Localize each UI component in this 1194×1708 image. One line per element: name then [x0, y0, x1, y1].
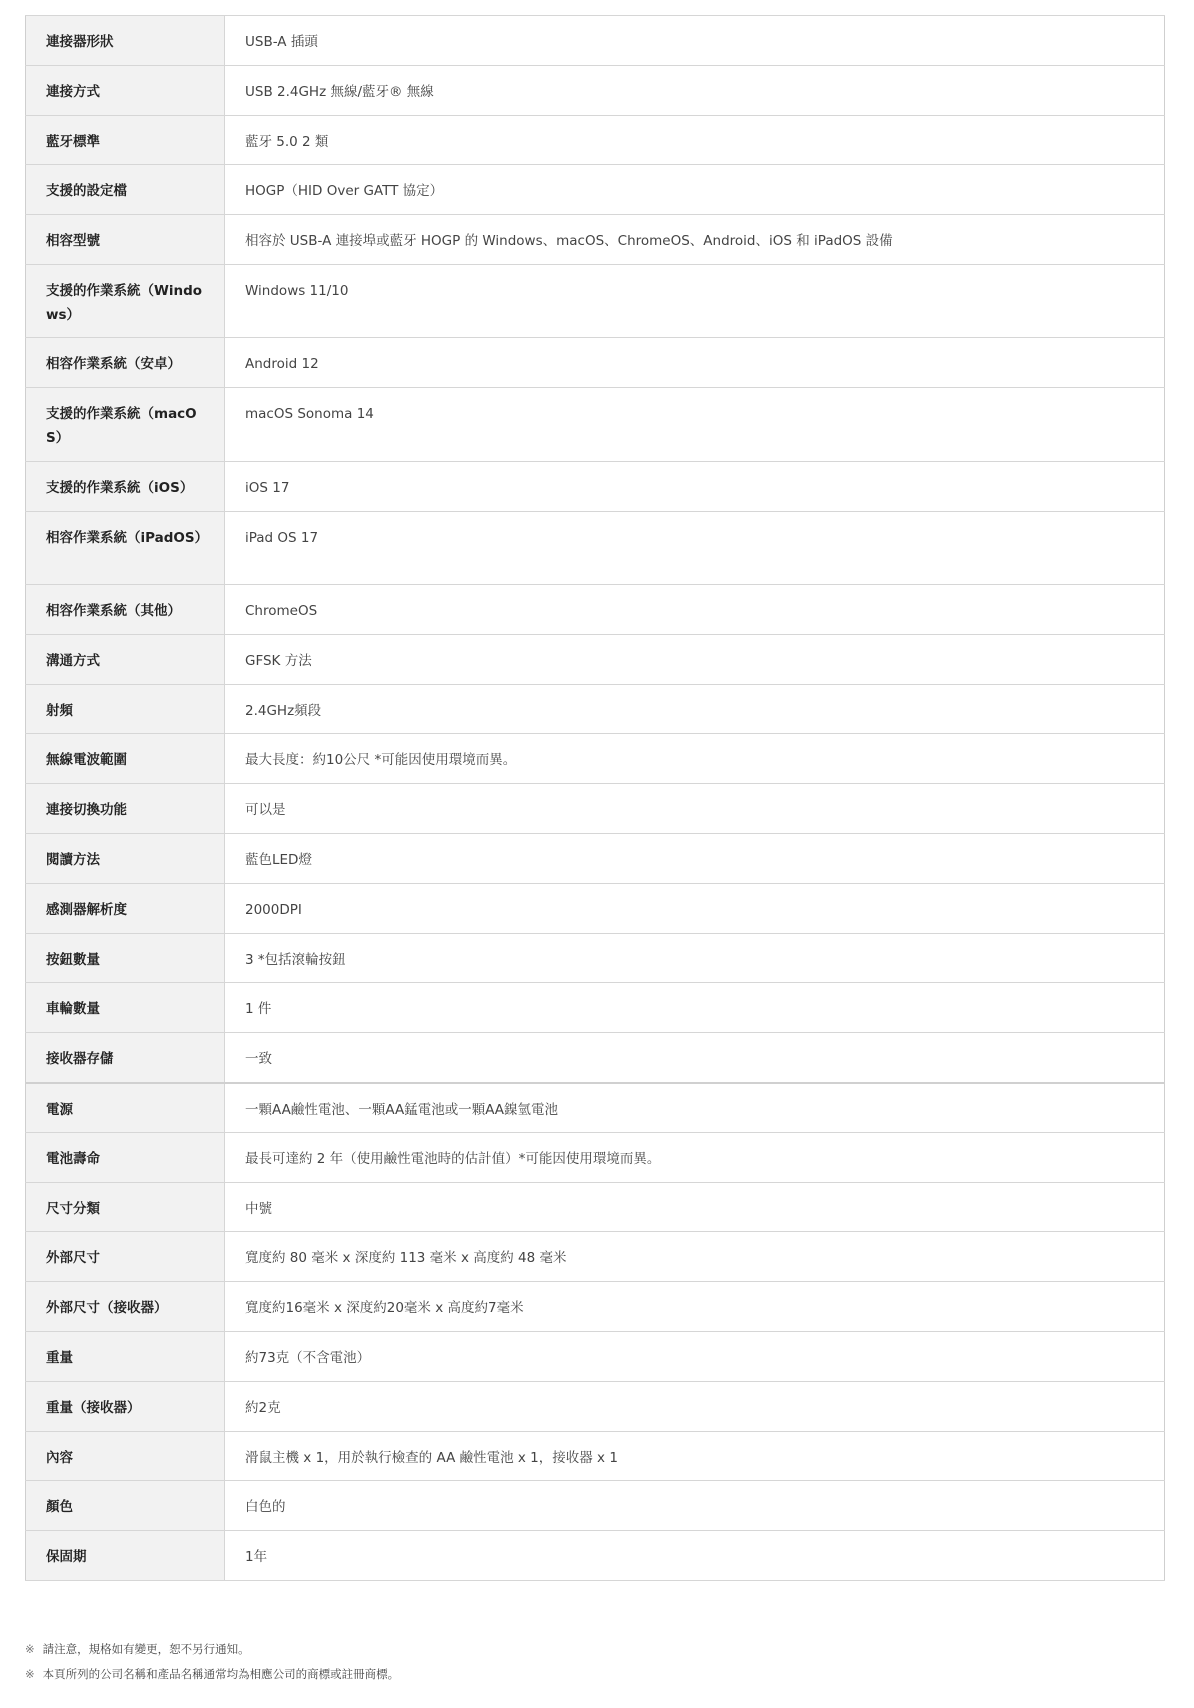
spec-value: 約2克 [225, 1381, 1165, 1431]
table-row: 支援的作業系統（macOS）macOS Sonoma 14 [26, 388, 1165, 462]
table-row: 重量約73克（不含電池） [26, 1332, 1165, 1382]
spec-value: GFSK 方法 [225, 634, 1165, 684]
spec-label: 顏色 [26, 1481, 225, 1531]
table-row: 接收器存儲一致 [26, 1033, 1165, 1083]
spec-value: 可以是 [225, 784, 1165, 834]
spec-label: 外部尺寸（接收器） [26, 1282, 225, 1332]
spec-value: macOS Sonoma 14 [225, 388, 1165, 462]
table-row: 重量（接收器）約2克 [26, 1381, 1165, 1431]
table-row: 外部尺寸寬度約 80 毫米 x 深度約 113 毫米 x 高度約 48 毫米 [26, 1232, 1165, 1282]
table-row: 相容作業系統（安卓）Android 12 [26, 338, 1165, 388]
spec-label: 連接器形狀 [26, 16, 225, 66]
spec-label: 相容型號 [26, 215, 225, 265]
spec-value: 中號 [225, 1182, 1165, 1232]
table-row: 外部尺寸（接收器）寬度約16毫米 x 深度約20毫米 x 高度約7毫米 [26, 1282, 1165, 1332]
table-row: 射頻2.4GHz頻段 [26, 684, 1165, 734]
spec-value: 最長可達約 2 年（使用鹼性電池時的估計值）*可能因使用環境而異。 [225, 1132, 1165, 1182]
spec-value: iOS 17 [225, 461, 1165, 511]
spec-label: 連接方式 [26, 65, 225, 115]
spec-label: 支援的作業系統（iOS） [26, 461, 225, 511]
spec-value: 最大長度：約10公尺 *可能因使用環境而異。 [225, 734, 1165, 784]
spec-label: 支援的作業系統（Windows） [26, 264, 225, 338]
footnote-text: 請注意，規格如有變更，恕不另行通知。 [43, 1640, 250, 1665]
footnote-text: 本頁所列的公司名稱和產品名稱通常均為相應公司的商標或註冊商標。 [43, 1665, 400, 1690]
spec-value: 約73克（不含電池） [225, 1332, 1165, 1382]
spec-label: 連接切換功能 [26, 784, 225, 834]
table-row: 無線電波範圍最大長度：約10公尺 *可能因使用環境而異。 [26, 734, 1165, 784]
table-row: 按鈕數量3 *包括滾輪按鈕 [26, 933, 1165, 983]
table-row: 閱讀方法藍色LED燈 [26, 834, 1165, 884]
spec-value: 1 件 [225, 983, 1165, 1033]
spec-value: HOGP（HID Over GATT 協定） [225, 165, 1165, 215]
spec-value: 相容於 USB-A 連接埠或藍牙 HOGP 的 Windows、macOS、Ch… [225, 215, 1165, 265]
table-row: 內容滑鼠主機 x 1，用於執行檢查的 AA 鹼性電池 x 1，接收器 x 1 [26, 1431, 1165, 1481]
spec-value: 藍牙 5.0 2 類 [225, 115, 1165, 165]
table-row: 溝通方式GFSK 方法 [26, 634, 1165, 684]
spec-label: 相容作業系統（iPadOS） [26, 511, 225, 585]
spec-value: 藍色LED燈 [225, 834, 1165, 884]
spec-value: 1年 [225, 1531, 1165, 1581]
spec-table-body: 連接器形狀USB-A 插頭連接方式USB 2.4GHz 無線/藍牙® 無線藍牙標… [26, 16, 1165, 1581]
table-row: 連接切換功能可以是 [26, 784, 1165, 834]
table-row: 藍牙標準藍牙 5.0 2 類 [26, 115, 1165, 165]
spec-label: 接收器存儲 [26, 1033, 225, 1083]
spec-value: Windows 11/10 [225, 264, 1165, 338]
table-row: 感測器解析度2000DPI [26, 883, 1165, 933]
spec-value: 滑鼠主機 x 1，用於執行檢查的 AA 鹼性電池 x 1，接收器 x 1 [225, 1431, 1165, 1481]
spec-value: 一致 [225, 1033, 1165, 1083]
footnote-item: ※ 本頁所列的公司名稱和產品名稱通常均為相應公司的商標或註冊商標。 [25, 1665, 399, 1690]
spec-label: 相容作業系統（其他） [26, 585, 225, 635]
table-row: 相容作業系統（iPadOS）iPad OS 17 [26, 511, 1165, 585]
table-row: 電源一顆AA鹼性電池、一顆AA錳電池或一顆AA鎳氫電池 [26, 1083, 1165, 1133]
spec-label: 車輪數量 [26, 983, 225, 1033]
table-row: 尺寸分類中號 [26, 1182, 1165, 1232]
table-row: 顏色白色的 [26, 1481, 1165, 1531]
spec-label: 重量 [26, 1332, 225, 1382]
spec-label: 射頻 [26, 684, 225, 734]
spec-value: 2.4GHz頻段 [225, 684, 1165, 734]
spec-label: 尺寸分類 [26, 1182, 225, 1232]
spec-table: 連接器形狀USB-A 插頭連接方式USB 2.4GHz 無線/藍牙® 無線藍牙標… [25, 15, 1165, 1581]
table-row: 相容作業系統（其他）ChromeOS [26, 585, 1165, 635]
spec-label: 電源 [26, 1083, 225, 1133]
spec-label: 重量（接收器） [26, 1381, 225, 1431]
spec-label: 感測器解析度 [26, 883, 225, 933]
spec-value: USB-A 插頭 [225, 16, 1165, 66]
reference-mark-icon: ※ [25, 1640, 35, 1665]
table-row: 支援的作業系統（Windows）Windows 11/10 [26, 264, 1165, 338]
spec-label: 按鈕數量 [26, 933, 225, 983]
spec-value: USB 2.4GHz 無線/藍牙® 無線 [225, 65, 1165, 115]
spec-value: 一顆AA鹼性電池、一顆AA錳電池或一顆AA鎳氫電池 [225, 1083, 1165, 1133]
spec-label: 溝通方式 [26, 634, 225, 684]
spec-label: 支援的作業系統（macOS） [26, 388, 225, 462]
table-row: 連接器形狀USB-A 插頭 [26, 16, 1165, 66]
spec-value: iPad OS 17 [225, 511, 1165, 585]
spec-label: 藍牙標準 [26, 115, 225, 165]
spec-label: 內容 [26, 1431, 225, 1481]
spec-value: ChromeOS [225, 585, 1165, 635]
table-row: 電池壽命最長可達約 2 年（使用鹼性電池時的估計值）*可能因使用環境而異。 [26, 1132, 1165, 1182]
table-row: 支援的設定檔HOGP（HID Over GATT 協定） [26, 165, 1165, 215]
table-row: 相容型號相容於 USB-A 連接埠或藍牙 HOGP 的 Windows、macO… [26, 215, 1165, 265]
spec-value: 白色的 [225, 1481, 1165, 1531]
spec-value: Android 12 [225, 338, 1165, 388]
table-row: 保固期1年 [26, 1531, 1165, 1581]
spec-label: 閱讀方法 [26, 834, 225, 884]
spec-label: 外部尺寸 [26, 1232, 225, 1282]
spec-label: 支援的設定檔 [26, 165, 225, 215]
reference-mark-icon: ※ [25, 1665, 35, 1690]
footnote-item: ※ 請注意，規格如有變更，恕不另行通知。 [25, 1640, 399, 1665]
table-row: 連接方式USB 2.4GHz 無線/藍牙® 無線 [26, 65, 1165, 115]
footnotes: ※ 請注意，規格如有變更，恕不另行通知。 ※ 本頁所列的公司名稱和產品名稱通常均… [25, 1640, 399, 1690]
spec-value: 3 *包括滾輪按鈕 [225, 933, 1165, 983]
spec-label: 相容作業系統（安卓） [26, 338, 225, 388]
spec-label: 電池壽命 [26, 1132, 225, 1182]
spec-label: 保固期 [26, 1531, 225, 1581]
spec-value: 寬度約16毫米 x 深度約20毫米 x 高度約7毫米 [225, 1282, 1165, 1332]
spec-value: 寬度約 80 毫米 x 深度約 113 毫米 x 高度約 48 毫米 [225, 1232, 1165, 1282]
spec-value: 2000DPI [225, 883, 1165, 933]
spec-label: 無線電波範圍 [26, 734, 225, 784]
table-row: 支援的作業系統（iOS）iOS 17 [26, 461, 1165, 511]
table-row: 車輪數量1 件 [26, 983, 1165, 1033]
